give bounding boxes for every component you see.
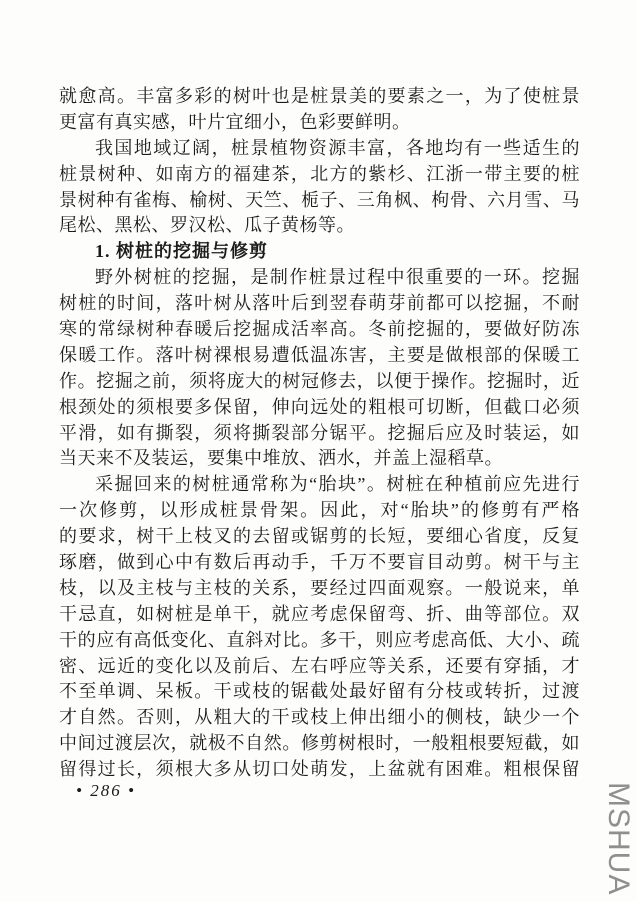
text-line: 当天来不及装运，要集中堆放、洒水，并盖上湿稻草。	[59, 446, 580, 472]
text-line: 景树种有雀梅、榆树、天竺、栀子、三角枫、枸骨、六月雪、马	[59, 188, 580, 214]
text-line: 根颈处的须根要多保留，伸向远处的粗根可切断，但截口必须	[59, 395, 580, 421]
text-line: 留得过长，须根大多从切口处萌发，上盆就有困难。粗根保留	[59, 757, 580, 783]
text-line: 不至单调、呆板。干或枝的锯截处最好留有分枝或转折，过渡	[59, 679, 580, 705]
text-line: 干的应有高低变化、直斜对比。多干，则应考虑高低、大小、疏	[59, 628, 580, 654]
text-line: 琢磨，做到心中有数后再动手，千万不要盲目动剪。树干与主	[59, 550, 580, 576]
text-line: 枝，以及主枝与主枝的关系，要经过四面观察。一般说来，单	[59, 576, 580, 602]
text-line: 树桩的时间，落叶树从落叶后到翌春萌芽前都可以挖掘，不耐	[59, 291, 580, 317]
text-line: 的要求，树干上枝叉的去留或锯剪的长短，要细心省度，反复	[59, 524, 580, 550]
text-line: 野外树桩的挖掘，是制作桩景过程中很重要的一环。挖掘	[59, 265, 580, 291]
watermark-text: MSHUA	[601, 782, 635, 895]
section-heading: 1. 树桩的挖掘与修剪	[59, 239, 580, 265]
text-line: 一次修剪，以形成桩景骨架。因此，对“胎块”的修剪有严格	[59, 498, 580, 524]
text-line: 才自然。否则，从粗大的干或枝上伸出细小的侧枝，缺少一个	[59, 705, 580, 731]
text-line: 采掘回来的树桩通常称为“胎块”。树桩在种植前应先进行	[59, 472, 580, 498]
text-line: 作。挖掘之前，须将庞大的树冠修去，以便于操作。挖掘时，近	[59, 369, 580, 395]
text-line: 我国地域辽阔，桩景植物资源丰富，各地均有一些适生的	[59, 136, 580, 162]
text-line: 平滑，如有撕裂，须将撕裂部分锯平。挖掘后应及时装运，如	[59, 421, 580, 447]
text-block: 就愈高。丰富多彩的树叶也是桩景美的要素之一，为了使桩景更富有真实感，叶片宜细小，…	[59, 84, 580, 783]
text-line: 就愈高。丰富多彩的树叶也是桩景美的要素之一，为了使桩景	[59, 84, 580, 110]
text-line: 保暖工作。落叶树裸根易遭低温冻害，主要是做根部的保暖工	[59, 343, 580, 369]
text-line: 中间过渡层次，就极不自然。修剪树根时，一般粗根要短截，如	[59, 731, 580, 757]
text-line: 干忌直，如树桩是单干，就应考虑保留弯、折、曲等部位。双	[59, 602, 580, 628]
text-line: 尾松、黑松、罗汉松、瓜子黄杨等。	[59, 213, 580, 239]
text-line: 寒的常绿树种春暖后挖掘成活率高。冬前挖掘的，要做好防冻	[59, 317, 580, 343]
page-number: • 286 •	[76, 781, 136, 801]
text-line: 密、远近的变化以及前后、左右呼应等关系，还要有穿插，才	[59, 654, 580, 680]
text-line: 桩景树种、如南方的福建茶，北方的紫杉、江浙一带主要的桩	[59, 162, 580, 188]
text-line: 更富有真实感，叶片宜细小，色彩要鲜明。	[59, 110, 580, 136]
book-page: 就愈高。丰富多彩的树叶也是桩景美的要素之一，为了使桩景更富有真实感，叶片宜细小，…	[0, 0, 637, 901]
